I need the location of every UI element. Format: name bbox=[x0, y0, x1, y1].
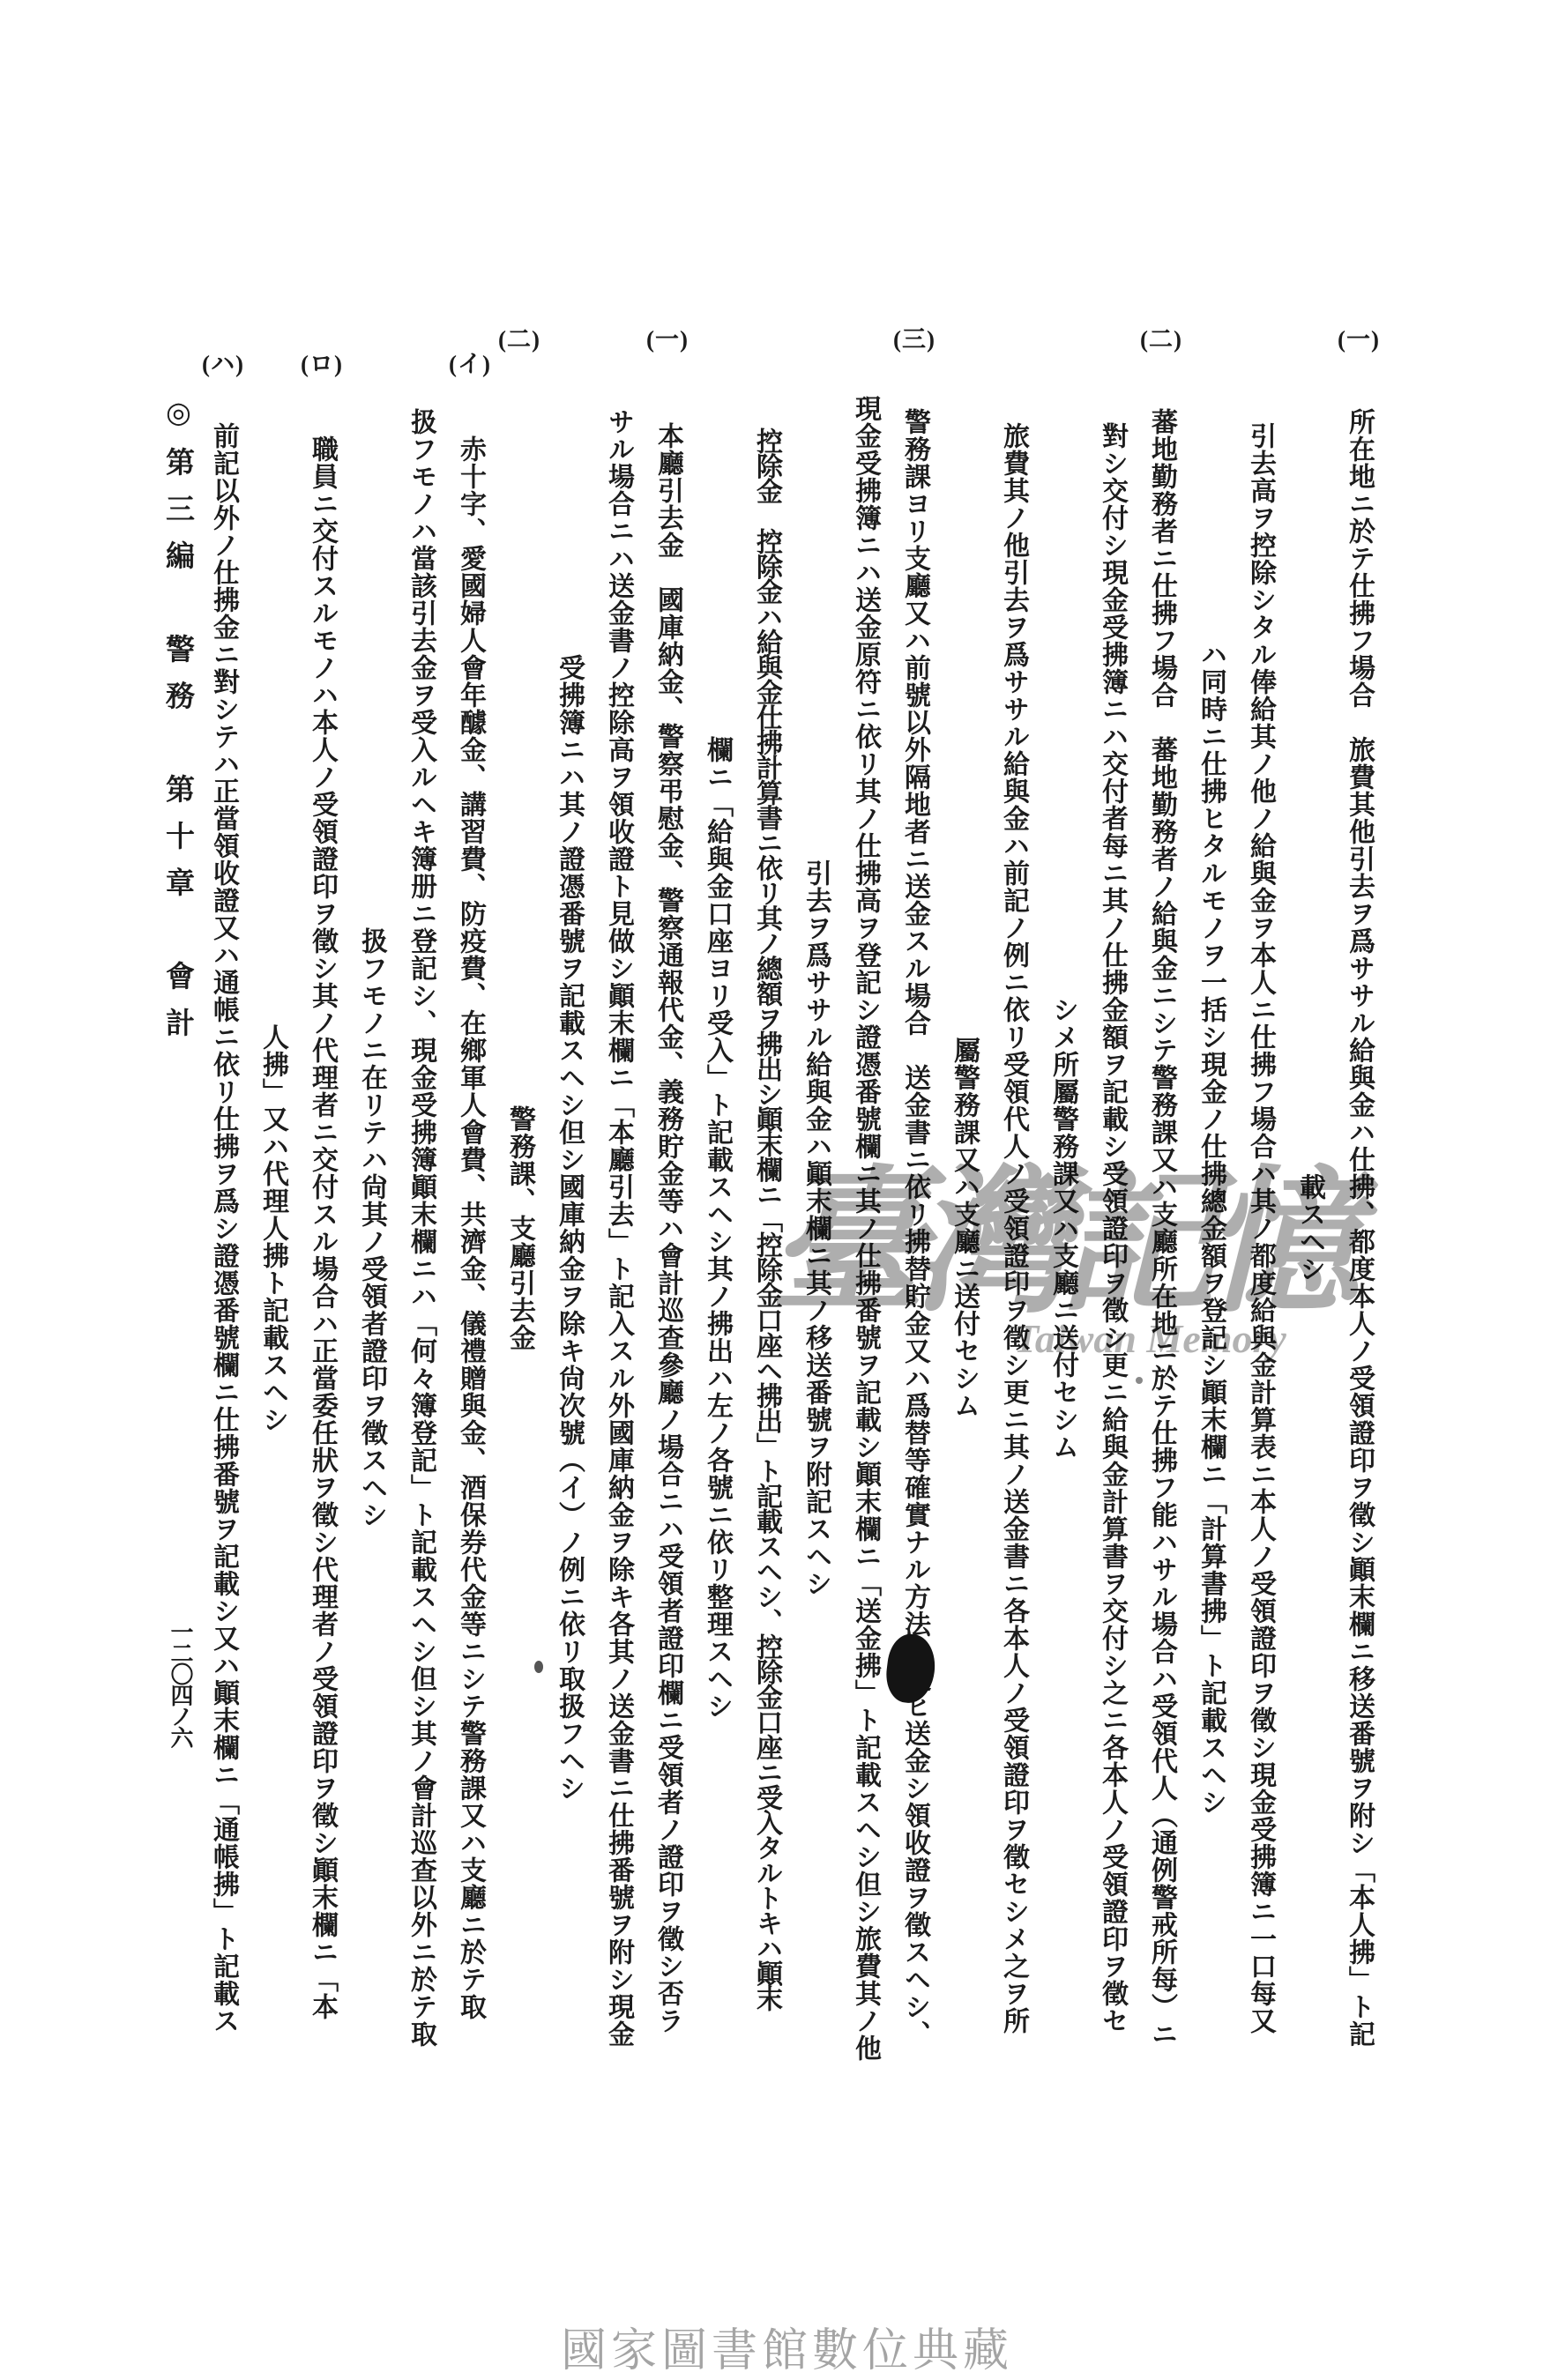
column-text: 本廳引去金 國庫納金、警察弔慰金、警察通報代金、義務貯金等ハ會計巡查參廳ノ場合ニ… bbox=[642, 377, 693, 2079]
scan-speck bbox=[1136, 1377, 1143, 1384]
section-number-header bbox=[1234, 324, 1286, 377]
column-text: 受拂簿ニハ其ノ證憑番號ヲ記載スヘシ但シ國庫納金ヲ除キ尙次號（イ）ノ例ニ依リ取扱フ… bbox=[543, 377, 594, 2079]
text-column: 扱フモノニ在リテハ尙其ノ受領者證印ヲ徵スヘシ bbox=[346, 324, 397, 2079]
scan-speck bbox=[534, 1661, 543, 1673]
section-number-header bbox=[395, 324, 446, 377]
section-number-header bbox=[691, 324, 742, 377]
section-number-header bbox=[938, 324, 989, 377]
text-column: (ハ) 前記以外ノ仕拂金ニ對シテハ正當領收證又ハ通帳ニ依リ仕拂ヲ爲シ證憑番號欄ニ… bbox=[198, 324, 249, 2079]
text-column: (二) 警務課、支廳引去金 bbox=[494, 324, 545, 2079]
item-letter-header: (ハ) bbox=[198, 324, 249, 377]
watermark-latin: Taiwan Memory bbox=[1014, 1315, 1286, 1362]
section-number-header bbox=[1284, 324, 1335, 377]
text-column: (一) 本廳引去金 國庫納金、警察弔慰金、警察通報代金、義務貯金等ハ會計巡查參廳… bbox=[642, 324, 693, 2079]
column-text: 警務課、支廳引去金 bbox=[494, 377, 545, 2079]
section-number-header: (二) bbox=[1136, 324, 1187, 377]
section-number-header bbox=[1086, 324, 1137, 377]
section-number-header: (二) bbox=[494, 324, 545, 377]
section-number-header: (一) bbox=[642, 324, 693, 377]
text-column: 扱フモノハ當該引去金ヲ受入ルヘキ簿册ニ登記シ、現金受拂簿顚末欄ニハ「何々簿登記」… bbox=[395, 324, 446, 2079]
column-text: 扱フモノハ當該引去金ヲ受入ルヘキ簿册ニ登記シ、現金受拂簿顚末欄ニハ「何々簿登記」… bbox=[395, 377, 446, 2079]
text-column: (ロ) 職員ニ交付スルモノハ本人ノ受領證印ヲ徵シ其ノ代理者ニ交付スル場合ハ正當委… bbox=[296, 324, 347, 2079]
column-text: 人拂」又ハ代理人拂ト記載スヘシ bbox=[247, 377, 298, 2079]
section-number-header bbox=[790, 324, 841, 377]
column-text: 欄ニ「給與金口座ヨリ受入」ト記載スヘシ其ノ拂出ハ左ノ各號ニ依リ整理スヘシ bbox=[691, 377, 742, 2079]
section-number-header bbox=[593, 324, 644, 377]
section-number-header: (一) bbox=[1333, 324, 1384, 377]
watermark-cjk: 臺灣記憶 bbox=[769, 1165, 1347, 1322]
column-text: 職員ニ交付スルモノハ本人ノ受領證印ヲ徵シ其ノ代理者ニ交付スル場合ハ正當委任狀ヲ徵… bbox=[296, 377, 347, 2079]
text-column: サル場合ニハ送金書ノ控除高ヲ領收證ト見做シ顚末欄ニ「本廳引去」ト記入スル外國庫納… bbox=[593, 324, 644, 2079]
section-number-header bbox=[247, 324, 298, 377]
text-column: 受拂簿ニハ其ノ證憑番號ヲ記載スヘシ但シ國庫納金ヲ除キ尙次號（イ）ノ例ニ依リ取扱フ… bbox=[543, 324, 594, 2079]
page-number: 一二〇四ノ六 bbox=[164, 1620, 197, 1747]
column-text: 扱フモノニ在リテハ尙其ノ受領者證印ヲ徵スヘシ bbox=[346, 377, 397, 2079]
column-text: 前記以外ノ仕拂金ニ對シテハ正當領收證又ハ通帳ニ依リ仕拂ヲ爲シ證憑番號欄ニ仕拂番號… bbox=[198, 377, 249, 2079]
scanned-document-page: (一) 所在地ニ於テ仕拂フ場合 旅費其他引去ヲ爲ササル給與金ハ仕拂、都度本人ノ受… bbox=[0, 0, 1543, 2380]
digital-archive-footer: 國家圖書館數位典藏 bbox=[561, 2313, 1013, 2379]
section-number-header: (三) bbox=[889, 324, 940, 377]
section-number-header bbox=[346, 324, 397, 377]
item-letter-header: (イ) bbox=[444, 324, 496, 377]
margin-chapter-title: ◎第三編 警務 第十章 會計 bbox=[157, 395, 198, 1054]
item-letter-header: (ロ) bbox=[296, 324, 347, 377]
column-text: 赤十字、愛國婦人會年醵金、講習費、防疫費、在鄉軍人會費、共濟金、儀禮贈與金、酒保… bbox=[444, 377, 496, 2079]
section-number-header bbox=[1037, 324, 1088, 377]
section-number-header bbox=[839, 324, 891, 377]
column-text: サル場合ニハ送金書ノ控除高ヲ領收證ト見做シ顚末欄ニ「本廳引去」ト記入スル外國庫納… bbox=[593, 377, 644, 2079]
text-column: 人拂」又ハ代理人拂ト記載スヘシ bbox=[247, 324, 298, 2079]
section-number-header bbox=[988, 324, 1039, 377]
text-column: 欄ニ「給與金口座ヨリ受入」ト記載スヘシ其ノ拂出ハ左ノ各號ニ依リ整理スヘシ bbox=[691, 324, 742, 2079]
text-column: (イ) 赤十字、愛國婦人會年醵金、講習費、防疫費、在鄉軍人會費、共濟金、儀禮贈與… bbox=[444, 324, 496, 2079]
section-number-header bbox=[543, 324, 594, 377]
section-number-header bbox=[1185, 324, 1236, 377]
